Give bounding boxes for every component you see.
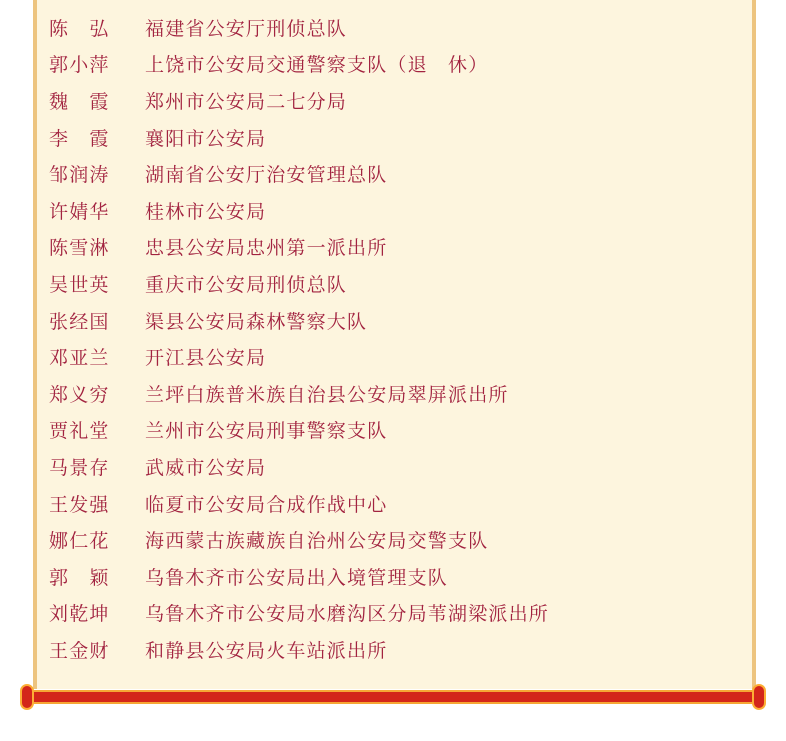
recipient-organization: 襄阳市公安局 [145, 124, 752, 151]
recipient-organization: 福建省公安厅刑侦总队 [145, 14, 752, 41]
recipient-organization: 忠县公安局忠州第一派出所 [145, 233, 752, 260]
list-item: 马景存 武威市公安局 [37, 448, 752, 485]
recipient-name: 许婧华 [49, 197, 145, 224]
list-item: 娜仁花 海西蒙古族藏族自治州公安局交警支队 [37, 521, 752, 558]
recipient-organization: 开江县公安局 [145, 343, 752, 370]
list-item: 贾礼堂 兰州市公安局刑事警察支队 [37, 412, 752, 449]
list-item: 邹润涛 湖南省公安厅治安管理总队 [37, 155, 752, 192]
recipient-name: 邹润涛 [49, 160, 145, 187]
recipient-name: 刘乾坤 [49, 599, 145, 626]
list-item: 魏 霞 郑州市公安局二七分局 [37, 82, 752, 119]
recipient-name: 魏 霞 [49, 87, 145, 114]
page: { "page": { "background_color": "#FFFFFF… [0, 0, 786, 741]
recipient-name: 张经国 [49, 307, 145, 334]
recipient-name: 邓亚兰 [49, 343, 145, 370]
scroll-rod-bar [27, 690, 760, 704]
recipient-organization: 海西蒙古族藏族自治州公安局交警支队 [145, 526, 752, 553]
recipient-organization: 和静县公安局火车站派出所 [145, 636, 752, 663]
list-item: 王金财 和静县公安局火车站派出所 [37, 631, 752, 668]
list-item: 李 霞 襄阳市公安局 [37, 119, 752, 156]
recipient-name: 吴世英 [49, 270, 145, 297]
recipient-organization: 上饶市公安局交通警察支队（退 休） [145, 50, 752, 77]
recipient-organization: 乌鲁木齐市公安局水磨沟区分局苇湖梁派出所 [145, 599, 752, 626]
list-item: 陈雪淋 忠县公安局忠州第一派出所 [37, 229, 752, 266]
scroll-rod-left-cap [20, 684, 34, 710]
recipient-organization: 兰州市公安局刑事警察支队 [145, 416, 752, 443]
list-item: 刘乾坤 乌鲁木齐市公安局水磨沟区分局苇湖梁派出所 [37, 595, 752, 632]
recipient-organization: 重庆市公安局刑侦总队 [145, 270, 752, 297]
recipient-organization: 兰坪白族普米族自治县公安局翠屏派出所 [145, 380, 752, 407]
recipient-list: 陈 弘 福建省公安厅刑侦总队 郭小萍 上饶市公安局交通警察支队（退 休） 魏 霞… [37, 0, 752, 668]
recipient-name: 王金财 [49, 636, 145, 663]
recipient-organization: 渠县公安局森林警察大队 [145, 307, 752, 334]
recipient-organization: 临夏市公安局合成作战中心 [145, 490, 752, 517]
recipient-name: 陈 弘 [49, 14, 145, 41]
recipient-name: 郭小萍 [49, 50, 145, 77]
list-item: 吴世英 重庆市公安局刑侦总队 [37, 265, 752, 302]
recipient-organization: 乌鲁木齐市公安局出入境管理支队 [145, 563, 752, 590]
list-item: 邓亚兰 开江县公安局 [37, 338, 752, 375]
recipient-name: 郑义穷 [49, 380, 145, 407]
list-item: 郑义穷 兰坪白族普米族自治县公安局翠屏派出所 [37, 375, 752, 412]
list-item: 许婧华 桂林市公安局 [37, 192, 752, 229]
recipient-name: 王发强 [49, 490, 145, 517]
recipient-name: 贾礼堂 [49, 416, 145, 443]
recipient-name: 陈雪淋 [49, 233, 145, 260]
recipient-name: 娜仁花 [49, 526, 145, 553]
list-item: 王发强 临夏市公安局合成作战中心 [37, 485, 752, 522]
list-item: 郭 颖 乌鲁木齐市公安局出入境管理支队 [37, 558, 752, 595]
recipient-organization: 武威市公安局 [145, 453, 752, 480]
scroll-rod-right-cap [752, 684, 766, 710]
list-item: 陈 弘 福建省公安厅刑侦总队 [37, 9, 752, 46]
scroll-paper: 陈 弘 福建省公安厅刑侦总队 郭小萍 上饶市公安局交通警察支队（退 休） 魏 霞… [33, 0, 756, 689]
recipient-organization: 桂林市公安局 [145, 197, 752, 224]
recipient-name: 郭 颖 [49, 563, 145, 590]
list-item: 郭小萍 上饶市公安局交通警察支队（退 休） [37, 46, 752, 83]
recipient-organization: 郑州市公安局二七分局 [145, 87, 752, 114]
recipient-name: 马景存 [49, 453, 145, 480]
list-item: 张经国 渠县公安局森林警察大队 [37, 302, 752, 339]
recipient-name: 李 霞 [49, 124, 145, 151]
recipient-organization: 湖南省公安厅治安管理总队 [145, 160, 752, 187]
